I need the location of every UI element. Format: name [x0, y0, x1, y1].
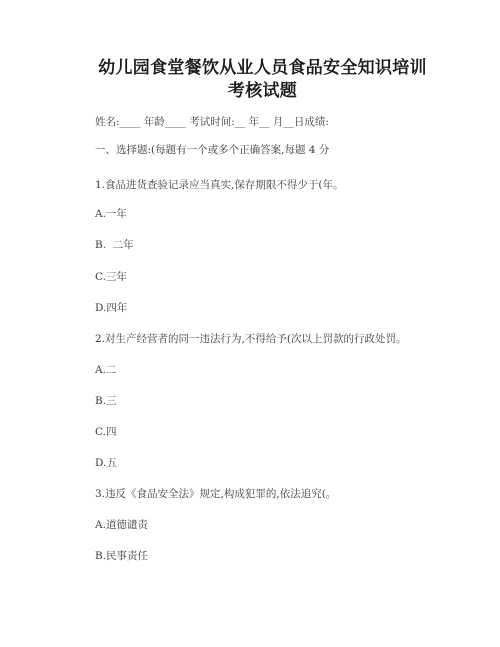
question-1-option-c: C.三年: [95, 270, 127, 284]
question-1-option-a: A.一年: [95, 207, 127, 221]
question-2-option-c: C.四: [95, 425, 117, 439]
document-page: 幼儿园食堂餐饮从业人员食品安全知识培训考核试题 姓名:____ 年龄____ 考…: [0, 0, 500, 647]
question-2-option-a: A.二: [95, 363, 116, 377]
question-1-stem: 1.食品进货查验记录应当真实,保存期限不得少于(年。: [95, 178, 343, 192]
question-3-stem: 3.违反《食品安全法》规定,构成犯罪的,依法追究(。: [95, 487, 336, 501]
question-1-option-b: B. 二年: [95, 238, 134, 252]
document-title: 幼儿园食堂餐饮从业人员食品安全知识培训考核试题: [90, 57, 435, 103]
question-3-option-a: A.道德谴责: [95, 518, 148, 532]
question-2-stem: 2.对生产经营者的同一违法行为,不得给予(次以上罚款的行政处罚。: [95, 332, 406, 346]
question-3-option-b: B.民事责任: [95, 549, 148, 563]
question-2-option-b: B.三: [95, 394, 117, 408]
question-2-option-d: D.五: [95, 456, 117, 470]
section-heading: 一、选择题:(每题有一个或多个正确答案,每题 4 分: [95, 143, 329, 157]
question-1-option-d: D.四年: [95, 301, 127, 315]
exam-info-line: 姓名:____ 年龄____ 考试时间:__ 年__ 月__日成绩:: [95, 115, 329, 129]
